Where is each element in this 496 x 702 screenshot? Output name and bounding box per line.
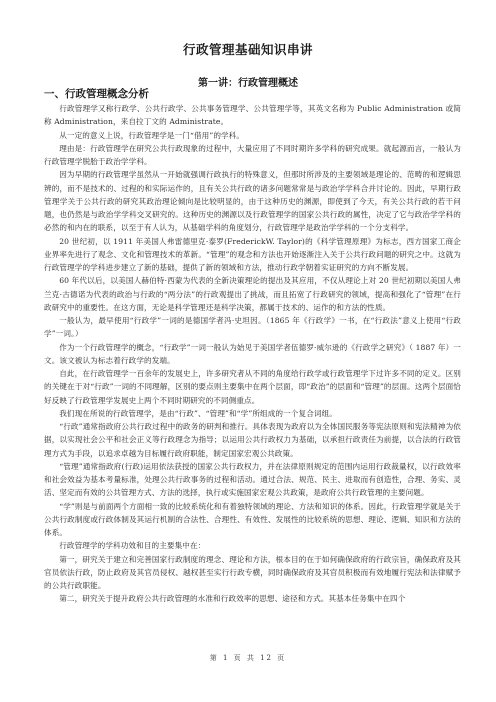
page-footer: 第 1 页 共 12 页 [0,653,496,663]
paragraph: 我们现在所说的行政管理学，是由“行政”、“管理”和“学”所组成的一个复合词组。 [44,407,461,420]
paragraph: “学”则是与前面两个方面相一致的比较系统化和有着独特领域的理论、方法和知识的体系… [44,500,461,540]
paragraph: 第二，研究关于提升政府公共行政管理的水准和行政效率的思想、途径和方式。其基本任务… [44,592,461,605]
paragraph: 第一，研究关于建立和完善国家行政制度的理念、理论和方法，根本目的在于如何确保政府… [44,553,461,593]
paragraph: 20 世纪初，以 1911 年美国人弗雷德里克·泰罗(FrederickW. T… [44,235,461,275]
document-page: 行政管理基础知识串讲 第一讲：行政管理概述 一、行政管理概念分析 行政管理学又称… [0,0,496,702]
paragraph: “管理”通常指政府(行政)运用依法获授的国家公共行政权力，并在法律原则规定的范围… [44,460,461,500]
paragraph: 因为早期的行政管理学虽然从一开始就强调行政执行的特殊意义，但那时所涉及的主要领域… [44,168,461,234]
paragraph: “行政”通常指政府公共行政过程中的政务的研判和推行。具体表现为政府以为全体国民服… [44,420,461,460]
paragraph: 行政管理学的学科功效和目的主要集中在： [44,539,461,552]
document-title: 行政管理基础知识串讲 [0,40,496,58]
paragraph: 60 年代以后，以美国人赫伯特·西蒙为代表的全新决策理论的提出及其应用，不仅从理… [44,274,461,314]
paragraph: 一般认为，最早使用“行政学”一词的是德国学者冯·史坦因。（1865 年《行政学》… [44,314,461,341]
paragraph: 行政管理学又称行政学、公共行政学、公共事务管理学、公共管理学等，其英文名称为 P… [44,102,461,129]
document-body: 行政管理学又称行政学、公共行政学、公共事务管理学、公共管理学等，其英文名称为 P… [44,102,461,606]
paragraph: 作为一个行政管理学的概念，“行政学”一词一般认为始见于美国学者伍德罗·威尔逊的《… [44,341,461,368]
paragraph: 理由是：行政管理学在研究公共行政现象的过程中，大量应用了不同时期许多学科的研究成… [44,142,461,169]
section-heading: 一、行政管理概念分析 [44,86,149,101]
paragraph: 从一定的意义上说，行政管理学是一门“借用”的学科。 [44,129,461,142]
paragraph: 自此，在行政管理学一百余年的发展史上，许多研究者从不同的角度给行政学或行政管理学… [44,367,461,407]
